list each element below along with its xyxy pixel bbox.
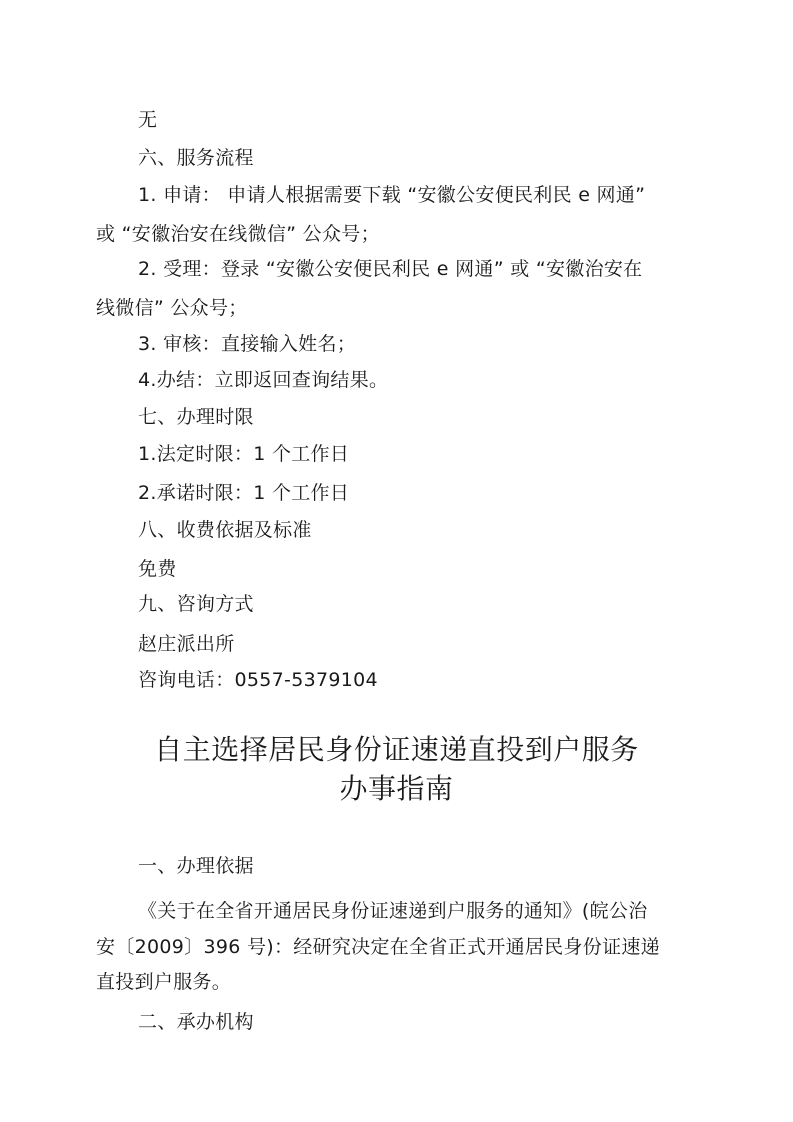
- guide-title-line1: 自主选择居民身份证速递直投到户服务: [0, 732, 793, 768]
- time-limit-legal: 1.法定时限：1 个工作日: [138, 442, 349, 466]
- basis-text-line2: 安〔2009〕396 号)：经研究决定在全省正式开通居民身份证速递: [96, 935, 660, 959]
- consult-phone: 咨询电话：0557-5379104: [138, 668, 378, 692]
- process-step-2-line2: 线微信” 公众号；: [96, 296, 248, 320]
- fees-heading: 八、收费依据及标准: [138, 518, 312, 542]
- consult-heading: 九、咨询方式: [138, 592, 254, 616]
- process-step-4: 4.办结：立即返回查询结果。: [138, 368, 388, 392]
- basis-text-line1: 《关于在全省开通居民身份证速递到户服务的通知》(皖公治: [138, 899, 648, 923]
- basis-heading: 一、办理依据: [138, 854, 254, 878]
- guide-title-line2: 办事指南: [0, 771, 793, 807]
- process-step-1-line2: 或 “安徽治安在线微信” 公众号；: [96, 222, 380, 246]
- agency-heading: 二、承办机构: [138, 1010, 254, 1034]
- materials-value: 无: [138, 108, 157, 132]
- consult-office: 赵庄派出所: [138, 632, 235, 656]
- process-step-2-line1: 2. 受理：登录 “安徽公安便民利民 e 网通” 或 “安徽治安在: [138, 257, 643, 281]
- time-limit-heading: 七、办理时限: [138, 405, 254, 429]
- process-step-3: 3. 审核：直接输入姓名；: [138, 332, 356, 356]
- process-heading: 六、服务流程: [138, 146, 254, 170]
- time-limit-promised: 2.承诺时限：1 个工作日: [138, 481, 349, 505]
- process-step-1-line1: 1. 申请： 申请人根据需要下载 “安徽公安便民利民 e 网通”: [138, 183, 645, 207]
- fees-value: 免费: [138, 557, 177, 581]
- basis-text-line3: 直投到户服务。: [96, 970, 231, 994]
